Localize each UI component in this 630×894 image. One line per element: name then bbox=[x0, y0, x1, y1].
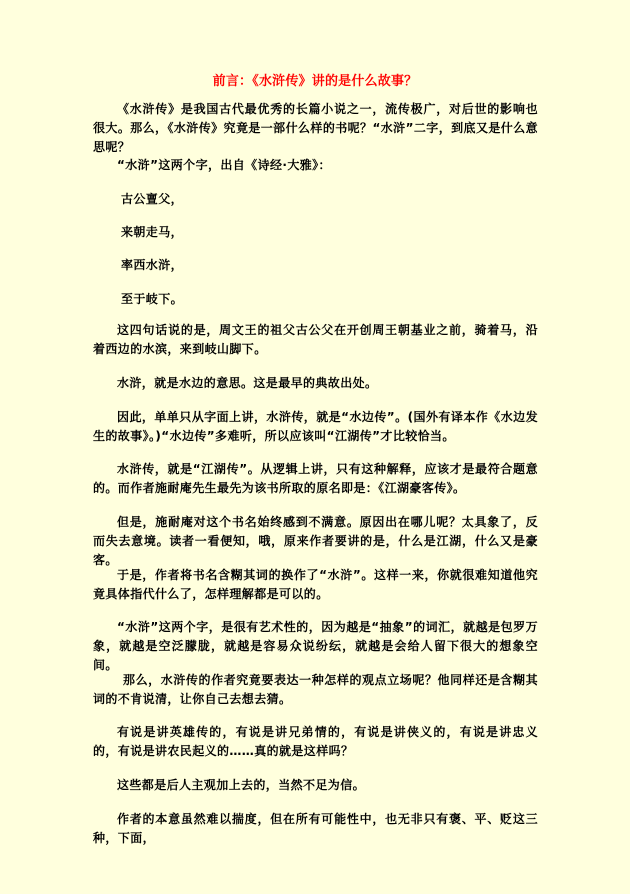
paragraph-stance: 那么，水浒传的作者究竟要表达一种怎样的观点立场呢？他同样还是含糊其词的不肯说清，… bbox=[93, 671, 538, 709]
paragraph-dissatisfied: 但是，施耐庵对这个书名始终感到不满意。原因出在哪儿呢？太具象了，反而失去意境。读… bbox=[93, 513, 538, 570]
verse-line-4: 至于岐下。 bbox=[121, 290, 183, 308]
verse-line-3: 率西水浒， bbox=[121, 256, 183, 274]
paragraph-meaning: 水浒，就是水边的意思。这是最早的典故出处。 bbox=[93, 374, 538, 393]
paragraph-source: “水浒”这两个字，出自《诗经·大雅》： bbox=[93, 156, 538, 175]
paragraph-artistic: “水浒”这两个字，是很有艺术性的，因为越是“抽象”的词汇，就越是包罗万象，就越是… bbox=[93, 618, 538, 675]
document-page: 前言：《水浒传》讲的是什么故事？ 《水浒传》是我国古代最优秀的长篇小说之一，流传… bbox=[0, 0, 630, 894]
paragraph-intro: 《水浒传》是我国古代最优秀的长篇小说之一，流传极广，对后世的影响也很大。那么，《… bbox=[93, 100, 538, 157]
paragraph-intent: 作者的本意虽然难以揣度，但在所有可能性中，也无非只有褒、平、贬这三种，下面， bbox=[93, 810, 538, 848]
document-title: 前言：《水浒传》讲的是什么故事？ bbox=[0, 73, 630, 91]
paragraph-jianghu: 水浒传，就是“江湖传”。从逻辑上讲，只有这种解释，应该才是最符合题意的。而作者施… bbox=[93, 460, 538, 498]
paragraph-subjective: 这些都是后人主观加上去的，当然不足为信。 bbox=[93, 776, 538, 795]
paragraph-renamed: 于是，作者将书名含糊其词的换作了“水浒”。这样一来，你就很难知道他究竟具体指代什… bbox=[93, 566, 538, 604]
paragraph-literal: 因此，单单只从字面上讲，水浒传，就是“水边传”。(国外有译本作《水边发生的故事》… bbox=[93, 408, 538, 446]
verse-line-2: 来朝走马， bbox=[121, 223, 183, 241]
paragraph-explanation: 这四句话说的是，周文王的祖父古公父在开创周王朝基业之前，骑着马，沿着西边的水滨，… bbox=[93, 321, 538, 359]
verse-line-1: 古公亶父， bbox=[121, 190, 183, 208]
paragraph-interpretations: 有说是讲英雄传的，有说是讲兄弟情的，有说是讲侠义的，有说是讲忠义的，有说是讲农民… bbox=[93, 723, 538, 761]
